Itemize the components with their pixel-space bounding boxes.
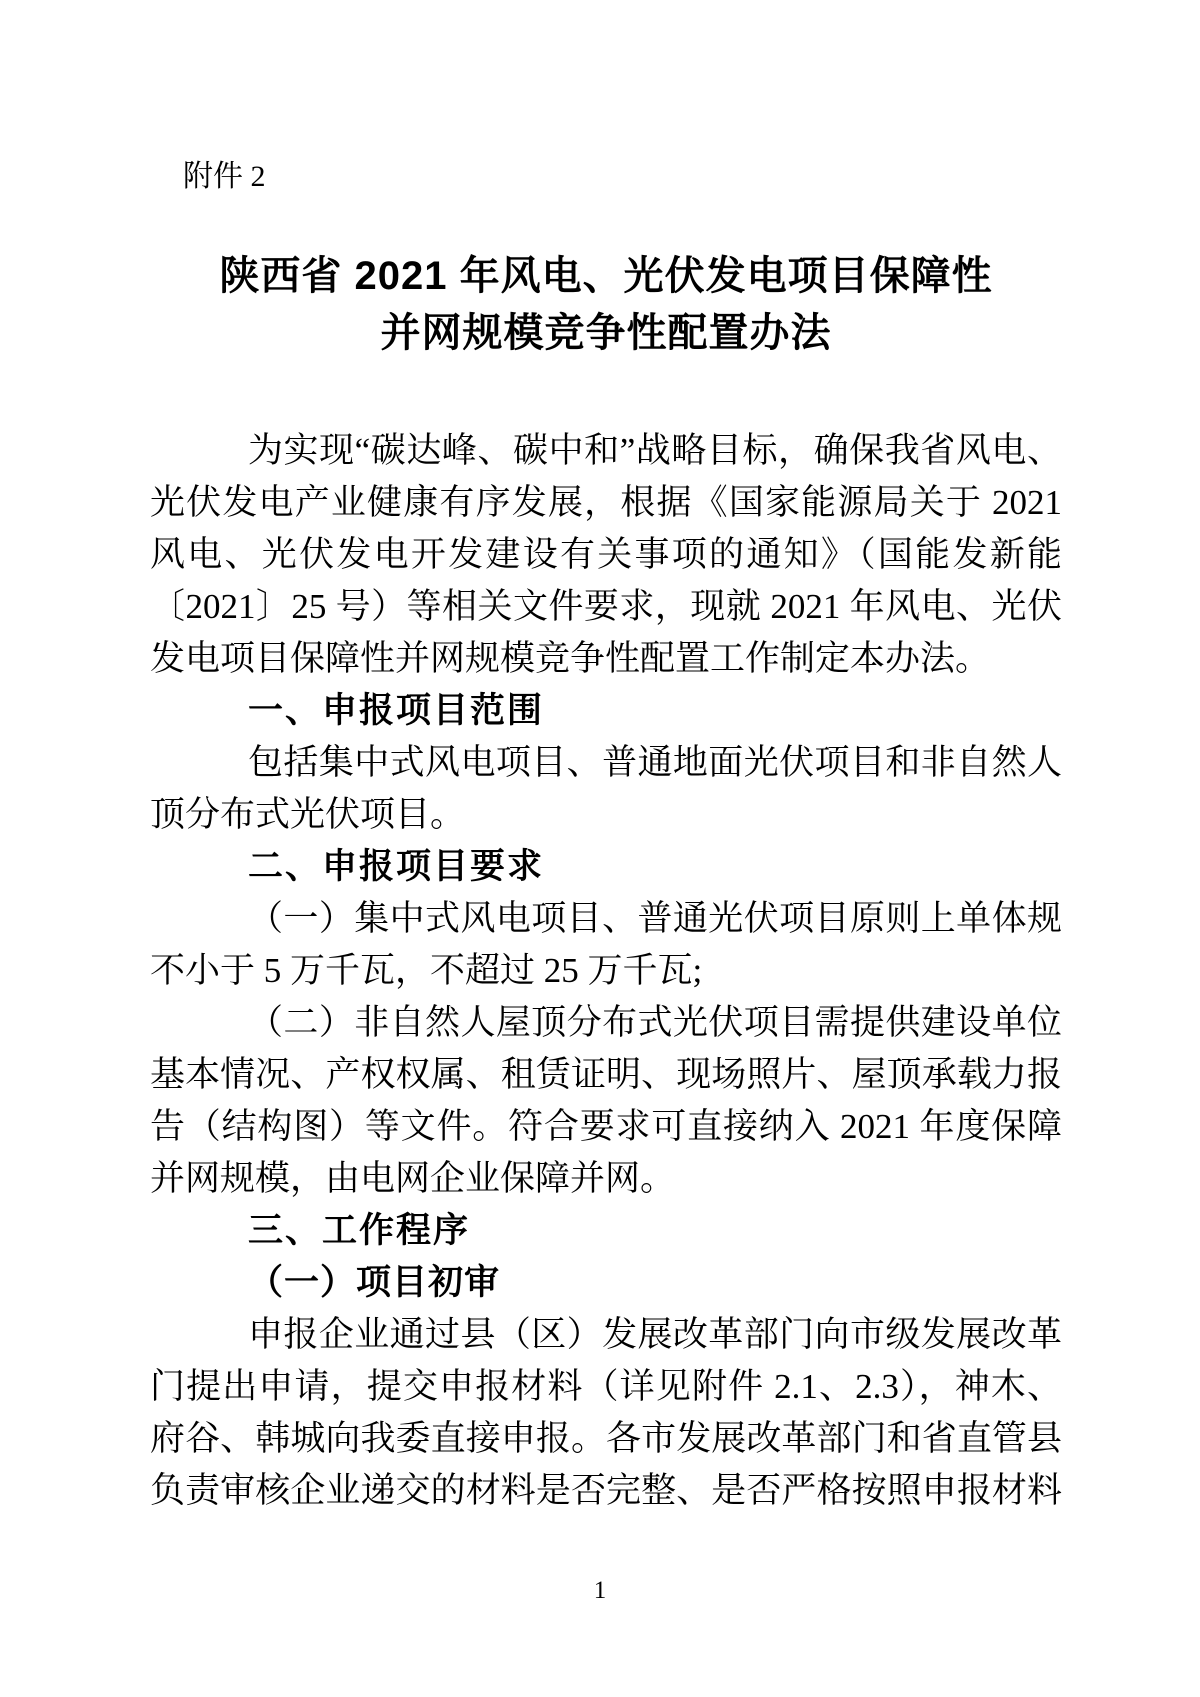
- doc-line: 并网规模，由电网企业保障并网。: [150, 1153, 1062, 1205]
- doc-line: 告（结构图）等文件。符合要求可直接纳入 2021 年度保障性: [150, 1101, 1062, 1153]
- document-title: 陕西省 2021 年风电、光伏发电项目保障性 并网规模竞争性配置办法: [150, 248, 1062, 362]
- attachment-label: 附件 2: [183, 160, 266, 194]
- doc-line: 〔2021〕25 号）等相关文件要求，现就 2021 年风电、光伏: [150, 581, 1062, 633]
- doc-line: 负责审核企业递交的材料是否完整、是否严格按照申报材料: [150, 1465, 1062, 1517]
- doc-line: 为实现“碳达峰、碳中和”战略目标，确保我省风电、: [150, 425, 1062, 477]
- doc-line: 发电项目保障性并网规模竞争性配置工作制定本办法。: [150, 633, 1062, 685]
- doc-line: 风电、光伏发电开发建设有关事项的通知》（国能发新能: [150, 529, 1062, 581]
- doc-line: 申报企业通过县（区）发展改革部门向市级发展改革部: [150, 1309, 1062, 1361]
- doc-line: （二）非自然人屋顶分布式光伏项目需提供建设单位的: [150, 997, 1062, 1049]
- document-body: 为实现“碳达峰、碳中和”战略目标，确保我省风电、 光伏发电产业健康有序发展，根据…: [150, 425, 1062, 1517]
- document-title-line-1: 陕西省 2021 年风电、光伏发电项目保障性: [150, 248, 1062, 305]
- section-heading-1: 一、申报项目范围: [150, 685, 1062, 737]
- doc-line: 基本情况、产权权属、租赁证明、现场照片、屋顶承载力报: [150, 1049, 1062, 1101]
- doc-line: 府谷、韩城向我委直接申报。各市发展改革部门和省直管县: [150, 1413, 1062, 1465]
- doc-line: 门提出申请，提交申报材料（详见附件 2.1、2.3），神木、: [150, 1361, 1062, 1413]
- section-heading-2: 二、申报项目要求: [150, 841, 1062, 893]
- doc-line: 包括集中式风电项目、普通地面光伏项目和非自然人屋: [150, 737, 1062, 789]
- subsection-heading-1: （一）项目初审: [150, 1257, 1062, 1309]
- page-number: 1: [0, 1576, 1200, 1606]
- document-title-line-2: 并网规模竞争性配置办法: [150, 305, 1062, 362]
- doc-line: （一）集中式风电项目、普通光伏项目原则上单体规模: [150, 893, 1062, 945]
- doc-line: 不小于 5 万千瓦，不超过 25 万千瓦;: [150, 945, 1062, 997]
- section-heading-3: 三、工作程序: [150, 1205, 1062, 1257]
- doc-line: 顶分布式光伏项目。: [150, 789, 1062, 841]
- document-page: 附件 2 陕西省 2021 年风电、光伏发电项目保障性 并网规模竞争性配置办法 …: [0, 0, 1200, 1697]
- doc-line: 光伏发电产业健康有序发展，根据《国家能源局关于 2021 年: [150, 477, 1062, 529]
